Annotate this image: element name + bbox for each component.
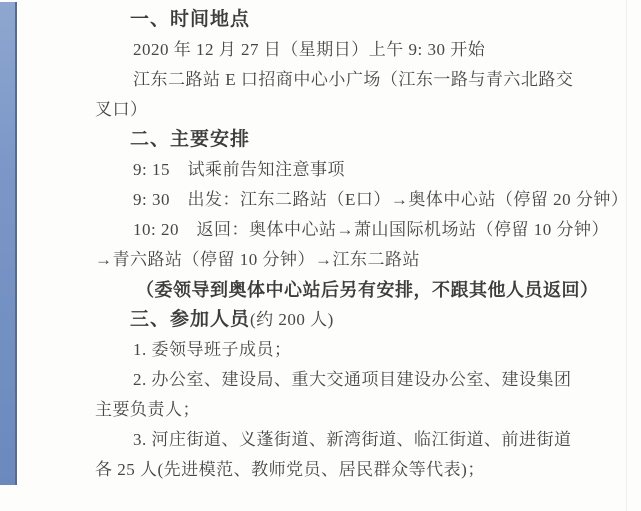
line-participants-3-cont: 各 25 人(先进模范、教师党员、居民群众等代表)；	[0, 455, 641, 485]
line-participants-2: 2. 办公室、建设局、重大交通项目建设办公室、建设集团	[0, 365, 641, 395]
document-body: 一、时间地点 2020 年 12 月 27 日（星期日）上午 9: 30 开始 …	[0, 5, 641, 485]
section1-heading: 一、时间地点	[0, 5, 641, 35]
section2-heading: 二、主要安排	[0, 125, 641, 155]
section3-heading-title: 三、参加人员	[130, 309, 250, 330]
line-location-cont: 叉口）	[0, 95, 641, 125]
line-schedule-1020: 10: 20 返回：奥体中心站→萧山国际机场站（停留 10 分钟）	[0, 215, 641, 245]
line-participants-2-cont: 主要负责人；	[0, 395, 641, 425]
line-schedule-930: 9: 30 出发：江东二路站（E口）→奥体中心站（停留 20 分钟）	[0, 185, 641, 215]
line-participants-3: 3. 河庄街道、义蓬街道、新湾街道、临江街道、前进街道	[0, 425, 641, 455]
line-participants-1: 1. 委领导班子成员；	[0, 335, 641, 365]
section3-heading-count: (约 200 人)	[250, 310, 334, 329]
document-photo: 一、时间地点 2020 年 12 月 27 日（星期日）上午 9: 30 开始 …	[0, 0, 641, 511]
line-schedule-915: 9: 15 试乘前告知注意事项	[0, 155, 641, 185]
line-leader-note: （委领导到奥体中心站后另有安排，不跟其他人员返回）	[0, 275, 641, 305]
line-datetime: 2020 年 12 月 27 日（星期日）上午 9: 30 开始	[0, 35, 641, 65]
line-schedule-1020-cont: →青六路站（停留 10 分钟）→江东二路站	[0, 245, 641, 275]
section3-heading: 三、参加人员(约 200 人)	[0, 305, 641, 335]
line-location: 江东二路站 E 口招商中心小广场（江东一路与青六北路交	[0, 65, 641, 95]
